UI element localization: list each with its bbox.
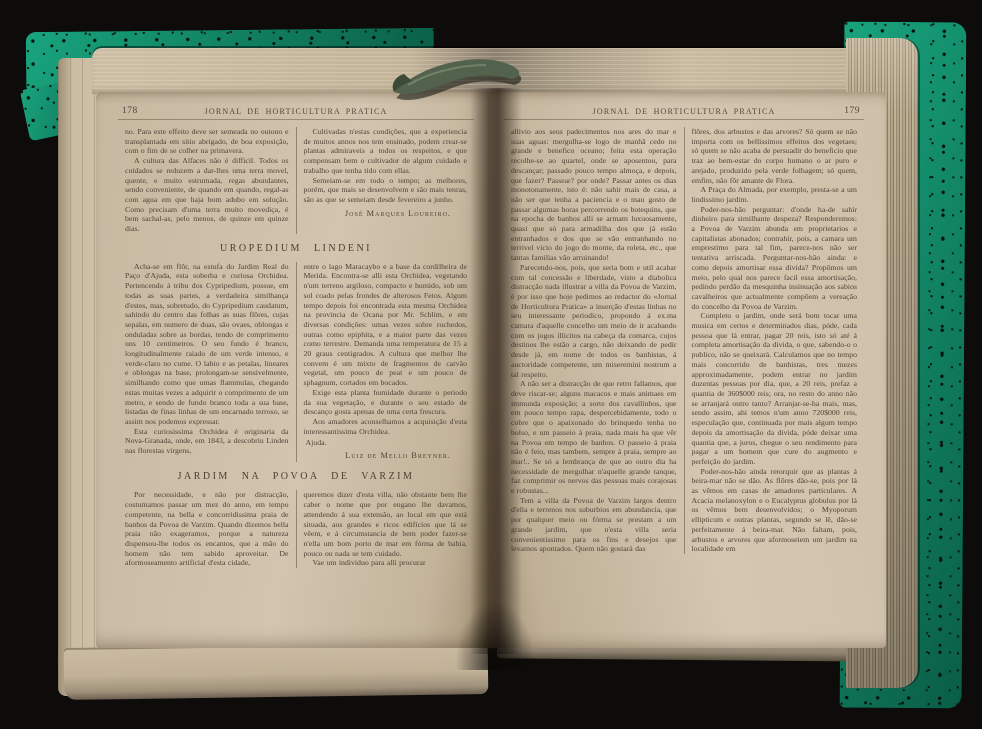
paragraph: Parecendo-nos, pois, que seria bom e uti… bbox=[511, 263, 677, 379]
page-179-col-left: allivio aos seus padecimentos nos ares d… bbox=[504, 127, 684, 554]
paragraph: Completo o jardim, onde será bom tocar u… bbox=[692, 311, 858, 466]
journal-title: JORNAL DE HORTICULTURA PRATICA bbox=[593, 107, 776, 116]
signature-breyner: Luiz de Mello Breyner. bbox=[304, 451, 452, 460]
page-number: 179 bbox=[775, 106, 860, 116]
article-uropedium: Acha-se em flôr, na estufa do Jardim Rea… bbox=[118, 262, 474, 463]
journal-title: JORNAL DE HORTICULTURA PRATICA bbox=[205, 107, 388, 116]
page-179-col-right: flôres, dos arbustos e das arvores? Só q… bbox=[684, 127, 865, 554]
paragraph: no. Para este effeito deve ser semeada n… bbox=[125, 127, 289, 156]
page-edges-bottom-left bbox=[64, 642, 489, 700]
paragraph: Esta curiosissima Orchidea é originaria … bbox=[125, 427, 289, 456]
article-uropedium-col-right: entre o lago Maracaybo e a base da cordi… bbox=[296, 262, 475, 463]
running-head-right: JORNAL DE HORTICULTURA PRATICA 179 bbox=[504, 106, 864, 120]
article-jardim-col-right: queremos dizer d'esta villa, não obstant… bbox=[296, 490, 475, 568]
article-alfaces: no. Para este effeito deve ser semeada n… bbox=[118, 127, 474, 234]
paragraph: Vae um individuo para alli procurar bbox=[304, 558, 468, 568]
paragraph: A cultura das Alfaces não é difficil. To… bbox=[125, 156, 289, 234]
paragraph: Por necessidade, e não por distracção, c… bbox=[125, 490, 289, 568]
paragraph: Poder-nos-hão ainda retorquir que as pla… bbox=[692, 467, 858, 554]
article-alfaces-col-right: Cultivadas n'estas condições, que a expe… bbox=[296, 127, 475, 234]
paragraph: A Praça do Almada, por exemplo, presta-s… bbox=[692, 185, 858, 204]
article-jardim-col-left: Por necessidade, e não por distracção, c… bbox=[118, 490, 296, 568]
signature-loureiro: José Marques Loureiro. bbox=[304, 209, 452, 218]
paragraph: Poder-nos-hão perguntar: d'onde ha-de sa… bbox=[692, 205, 858, 312]
heading-jardim: JARDIM NA POVOA DE VARZIM bbox=[118, 471, 474, 482]
paragraph: Aos amadores aconselhamos a acquisição d… bbox=[304, 417, 468, 436]
paragraph: flôres, dos arbustos e das arvores? Só q… bbox=[692, 127, 858, 185]
paragraph: allivio aos seus padecimentos nos ares d… bbox=[511, 127, 677, 263]
heading-uropedium: UROPEDIUM LINDENI bbox=[118, 243, 474, 254]
place-ajuda: Ajuda. bbox=[306, 438, 468, 447]
paragraph: Acha-se em flôr, na estufa do Jardim Rea… bbox=[125, 262, 289, 427]
article-jardim: Por necessidade, e não por distracção, c… bbox=[118, 490, 474, 568]
article-jardim-continued: allivio aos seus padecimentos nos ares d… bbox=[504, 127, 864, 554]
paragraph: A não ser a distracção de que retro fall… bbox=[511, 379, 677, 495]
page-number: 178 bbox=[122, 106, 205, 116]
paragraph: Cultivadas n'estas condições, que a expe… bbox=[304, 127, 468, 176]
article-alfaces-col-left: no. Para este effeito deve ser semeada n… bbox=[118, 127, 296, 234]
ribbon-bookmark bbox=[388, 48, 530, 113]
paragraph: Exige esta planta humidade durante o per… bbox=[304, 388, 468, 417]
paragraph: entre o lago Maracaybo e a base da cordi… bbox=[304, 262, 468, 388]
article-uropedium-col-left: Acha-se em flôr, na estufa do Jardim Rea… bbox=[118, 262, 296, 463]
paragraph: Semeiam-se em todo o tempo; as melhores,… bbox=[304, 176, 468, 205]
paragraph: Tem a villa da Povoa de Varzim largos de… bbox=[511, 496, 677, 554]
open-book-spread: 178 JORNAL DE HORTICULTURA PRATICA no. P… bbox=[96, 92, 886, 648]
page-179: JORNAL DE HORTICULTURA PRATICA 179 alliv… bbox=[488, 92, 886, 648]
paragraph: queremos dizer d'esta villa, não obstant… bbox=[304, 490, 468, 558]
page-178: 178 JORNAL DE HORTICULTURA PRATICA no. P… bbox=[96, 92, 488, 648]
